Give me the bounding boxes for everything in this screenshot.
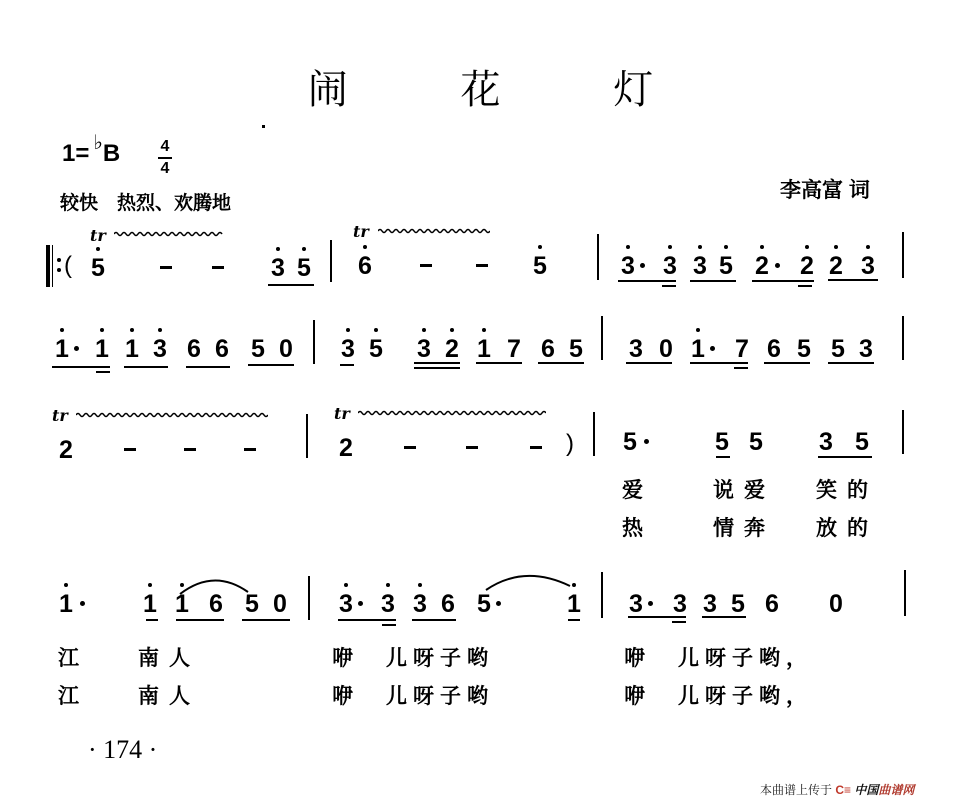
song-title: 闹 花 灯 bbox=[0, 58, 961, 115]
note: 3 bbox=[268, 254, 288, 282]
repeat-dot bbox=[57, 258, 61, 262]
watermark-site: 中国曲谱网 bbox=[854, 783, 914, 797]
underline bbox=[412, 619, 456, 621]
note: 3 bbox=[378, 590, 398, 618]
repeat-start-thin-bar bbox=[52, 245, 53, 287]
underline-16th bbox=[798, 285, 812, 287]
time-denominator: 4 bbox=[158, 160, 172, 178]
lyric-verse1-4: 咿 儿呀子哟， bbox=[624, 642, 813, 672]
underline bbox=[568, 619, 580, 621]
note: 6 bbox=[184, 335, 204, 363]
note: 5 bbox=[242, 590, 262, 618]
note: 3 bbox=[414, 335, 434, 363]
underline bbox=[828, 362, 874, 364]
note: 0 bbox=[276, 335, 296, 363]
note: 1 bbox=[52, 335, 72, 363]
note: 1 bbox=[688, 335, 708, 363]
barline bbox=[601, 572, 603, 618]
key-signature: 1=♭B bbox=[62, 140, 120, 168]
underline bbox=[818, 456, 872, 458]
underline bbox=[828, 279, 878, 281]
underline-16th bbox=[672, 621, 686, 623]
underline bbox=[690, 362, 748, 364]
note: 3 bbox=[626, 590, 646, 618]
note: 3 bbox=[660, 252, 680, 280]
note: 5 bbox=[474, 590, 494, 618]
underline bbox=[248, 364, 294, 366]
dash bbox=[476, 264, 488, 267]
underline-16th bbox=[96, 371, 110, 373]
augmentation-dot bbox=[74, 346, 79, 351]
underline bbox=[52, 366, 110, 368]
note: 3 bbox=[618, 252, 638, 280]
underline bbox=[268, 284, 314, 286]
lyric-verse1-1: 爱 bbox=[622, 474, 653, 504]
underline bbox=[702, 616, 746, 618]
flat-icon: ♭ bbox=[93, 132, 102, 154]
note: 6 bbox=[538, 335, 558, 363]
note: 7 bbox=[504, 335, 524, 363]
trill-wavy-line bbox=[378, 228, 490, 234]
underline bbox=[414, 362, 460, 364]
lyric-verse2-1: 热 bbox=[622, 512, 653, 542]
trill-label: tr bbox=[90, 226, 106, 245]
note: 5 bbox=[530, 252, 550, 280]
barline bbox=[593, 412, 595, 456]
note: 3 bbox=[690, 252, 710, 280]
lyricist-credit: 李高富 词 bbox=[780, 174, 870, 204]
note: 1 bbox=[140, 590, 160, 618]
note: 3 bbox=[816, 428, 836, 456]
underline bbox=[538, 362, 584, 364]
trill-label: tr bbox=[353, 222, 369, 241]
note: 3 bbox=[410, 590, 430, 618]
note: 6 bbox=[206, 590, 226, 618]
note: 5 bbox=[852, 428, 872, 456]
underline bbox=[338, 619, 396, 621]
tempo-marking: 较快 热烈、欢腾地 bbox=[60, 188, 231, 215]
underline bbox=[242, 619, 290, 621]
slur bbox=[484, 570, 574, 592]
barline bbox=[902, 232, 904, 278]
note: 5 bbox=[566, 335, 586, 363]
watermark-prefix: 本曲谱上传于 bbox=[760, 783, 832, 797]
note: 1 bbox=[474, 335, 494, 363]
underline bbox=[690, 280, 736, 282]
time-signature: 4 4 bbox=[158, 138, 172, 178]
dash bbox=[404, 446, 416, 449]
barline bbox=[597, 234, 599, 280]
barline bbox=[601, 316, 603, 360]
dash bbox=[184, 448, 196, 451]
note: 0 bbox=[270, 590, 290, 618]
underline bbox=[186, 366, 230, 368]
note: 6 bbox=[762, 590, 782, 618]
note: 1 bbox=[172, 590, 192, 618]
dash bbox=[124, 448, 136, 451]
repeat-start-thick-bar bbox=[46, 245, 50, 287]
note: 3 bbox=[338, 335, 358, 363]
barline bbox=[902, 410, 904, 454]
time-numerator: 4 bbox=[158, 138, 172, 156]
stray-mark bbox=[262, 125, 265, 128]
lyric-verse2-3: 咿 儿呀子哟 bbox=[332, 680, 494, 710]
note: 1 bbox=[56, 590, 76, 618]
note: 2 bbox=[442, 335, 462, 363]
trill-wavy-line bbox=[76, 412, 268, 418]
page-number: · 174 · bbox=[88, 735, 157, 765]
note: 2 bbox=[336, 434, 356, 462]
underline bbox=[618, 280, 676, 282]
lyric-verse1-2: 南人 bbox=[138, 642, 200, 672]
lyric-verse1-3: 笑的 bbox=[816, 474, 878, 504]
note: 5 bbox=[828, 335, 848, 363]
dash bbox=[530, 446, 542, 449]
note: 2 bbox=[56, 436, 76, 464]
note: 5 bbox=[248, 335, 268, 363]
lyric-verse2-4: 咿 儿呀子哟， bbox=[624, 680, 813, 710]
augmentation-dot bbox=[710, 346, 715, 351]
barline bbox=[313, 320, 315, 364]
note: 2 bbox=[752, 252, 772, 280]
lyric-verse1-3: 咿 儿呀子哟 bbox=[332, 642, 494, 672]
augmentation-dot bbox=[644, 439, 649, 444]
lyric-verse2-2: 南人 bbox=[138, 680, 200, 710]
underline bbox=[716, 456, 730, 458]
barline bbox=[330, 240, 332, 282]
lyric-verse2-3: 放的 bbox=[816, 512, 878, 542]
trill-label: tr bbox=[334, 404, 350, 423]
key-equals: = bbox=[75, 140, 89, 167]
note: 7 bbox=[732, 335, 752, 363]
trill-wavy-line bbox=[358, 410, 546, 416]
note: 2 bbox=[826, 252, 846, 280]
repeat-dot bbox=[57, 268, 61, 272]
note: 5 bbox=[794, 335, 814, 363]
note: 5 bbox=[728, 590, 748, 618]
note: 6 bbox=[355, 252, 375, 280]
augmentation-dot bbox=[358, 601, 363, 606]
note: 3 bbox=[626, 335, 646, 363]
dash bbox=[466, 446, 478, 449]
note: 1 bbox=[92, 335, 112, 363]
augmentation-dot bbox=[775, 263, 780, 268]
augmentation-dot bbox=[640, 263, 645, 268]
underline bbox=[340, 364, 354, 366]
barline bbox=[306, 414, 308, 458]
lyric-verse2-2: 情奔 bbox=[713, 512, 775, 542]
lyric-verse1-2: 说爱 bbox=[713, 474, 775, 504]
note: 5 bbox=[712, 428, 732, 456]
note: 6 bbox=[212, 335, 232, 363]
note: 1 bbox=[122, 335, 142, 363]
note: 5 bbox=[294, 254, 314, 282]
underline bbox=[628, 616, 686, 618]
note: 1 bbox=[564, 590, 584, 618]
dash bbox=[244, 448, 256, 451]
note: 6 bbox=[764, 335, 784, 363]
underline-16th bbox=[734, 367, 748, 369]
underline bbox=[626, 362, 672, 364]
dash bbox=[212, 266, 224, 269]
underline bbox=[146, 619, 158, 621]
note: 5 bbox=[716, 252, 736, 280]
key-tonic: 1 bbox=[62, 140, 75, 167]
trill-wavy-line bbox=[114, 231, 224, 237]
site-logo-icon: C≡ bbox=[835, 783, 851, 797]
barline bbox=[308, 576, 310, 620]
note: 5 bbox=[620, 428, 640, 456]
underline bbox=[752, 280, 814, 282]
open-paren: ( bbox=[64, 252, 72, 280]
note: 3 bbox=[700, 590, 720, 618]
note: 0 bbox=[826, 590, 846, 618]
note: 3 bbox=[150, 335, 170, 363]
augmentation-dot bbox=[80, 601, 85, 606]
dash bbox=[420, 264, 432, 267]
lyric-verse1-1: 江 bbox=[58, 642, 89, 672]
underline bbox=[176, 619, 224, 621]
note: 5 bbox=[366, 335, 386, 363]
note: 5 bbox=[746, 428, 766, 456]
note: 2 bbox=[797, 252, 817, 280]
barline bbox=[904, 570, 906, 616]
lyric-verse2-1: 江 bbox=[58, 680, 89, 710]
augmentation-dot bbox=[648, 601, 653, 606]
barline bbox=[902, 316, 904, 360]
underline bbox=[124, 366, 168, 368]
note: 6 bbox=[438, 590, 458, 618]
time-divider bbox=[158, 157, 172, 159]
trill-label: tr bbox=[52, 406, 68, 425]
underline bbox=[764, 362, 810, 364]
note: 3 bbox=[670, 590, 690, 618]
note: 0 bbox=[656, 335, 676, 363]
key-name: B bbox=[103, 140, 120, 167]
dash bbox=[160, 266, 172, 269]
underline-16th bbox=[414, 367, 460, 369]
note: 5 bbox=[88, 254, 108, 282]
note: 3 bbox=[858, 252, 878, 280]
note: 3 bbox=[336, 590, 356, 618]
underline bbox=[476, 362, 522, 364]
underline-16th bbox=[662, 285, 676, 287]
watermark: 本曲谱上传于 C≡ 中国曲谱网 bbox=[760, 781, 914, 798]
close-paren: ) bbox=[566, 430, 574, 458]
underline-16th bbox=[382, 624, 396, 626]
note: 3 bbox=[856, 335, 876, 363]
augmentation-dot bbox=[496, 601, 501, 606]
